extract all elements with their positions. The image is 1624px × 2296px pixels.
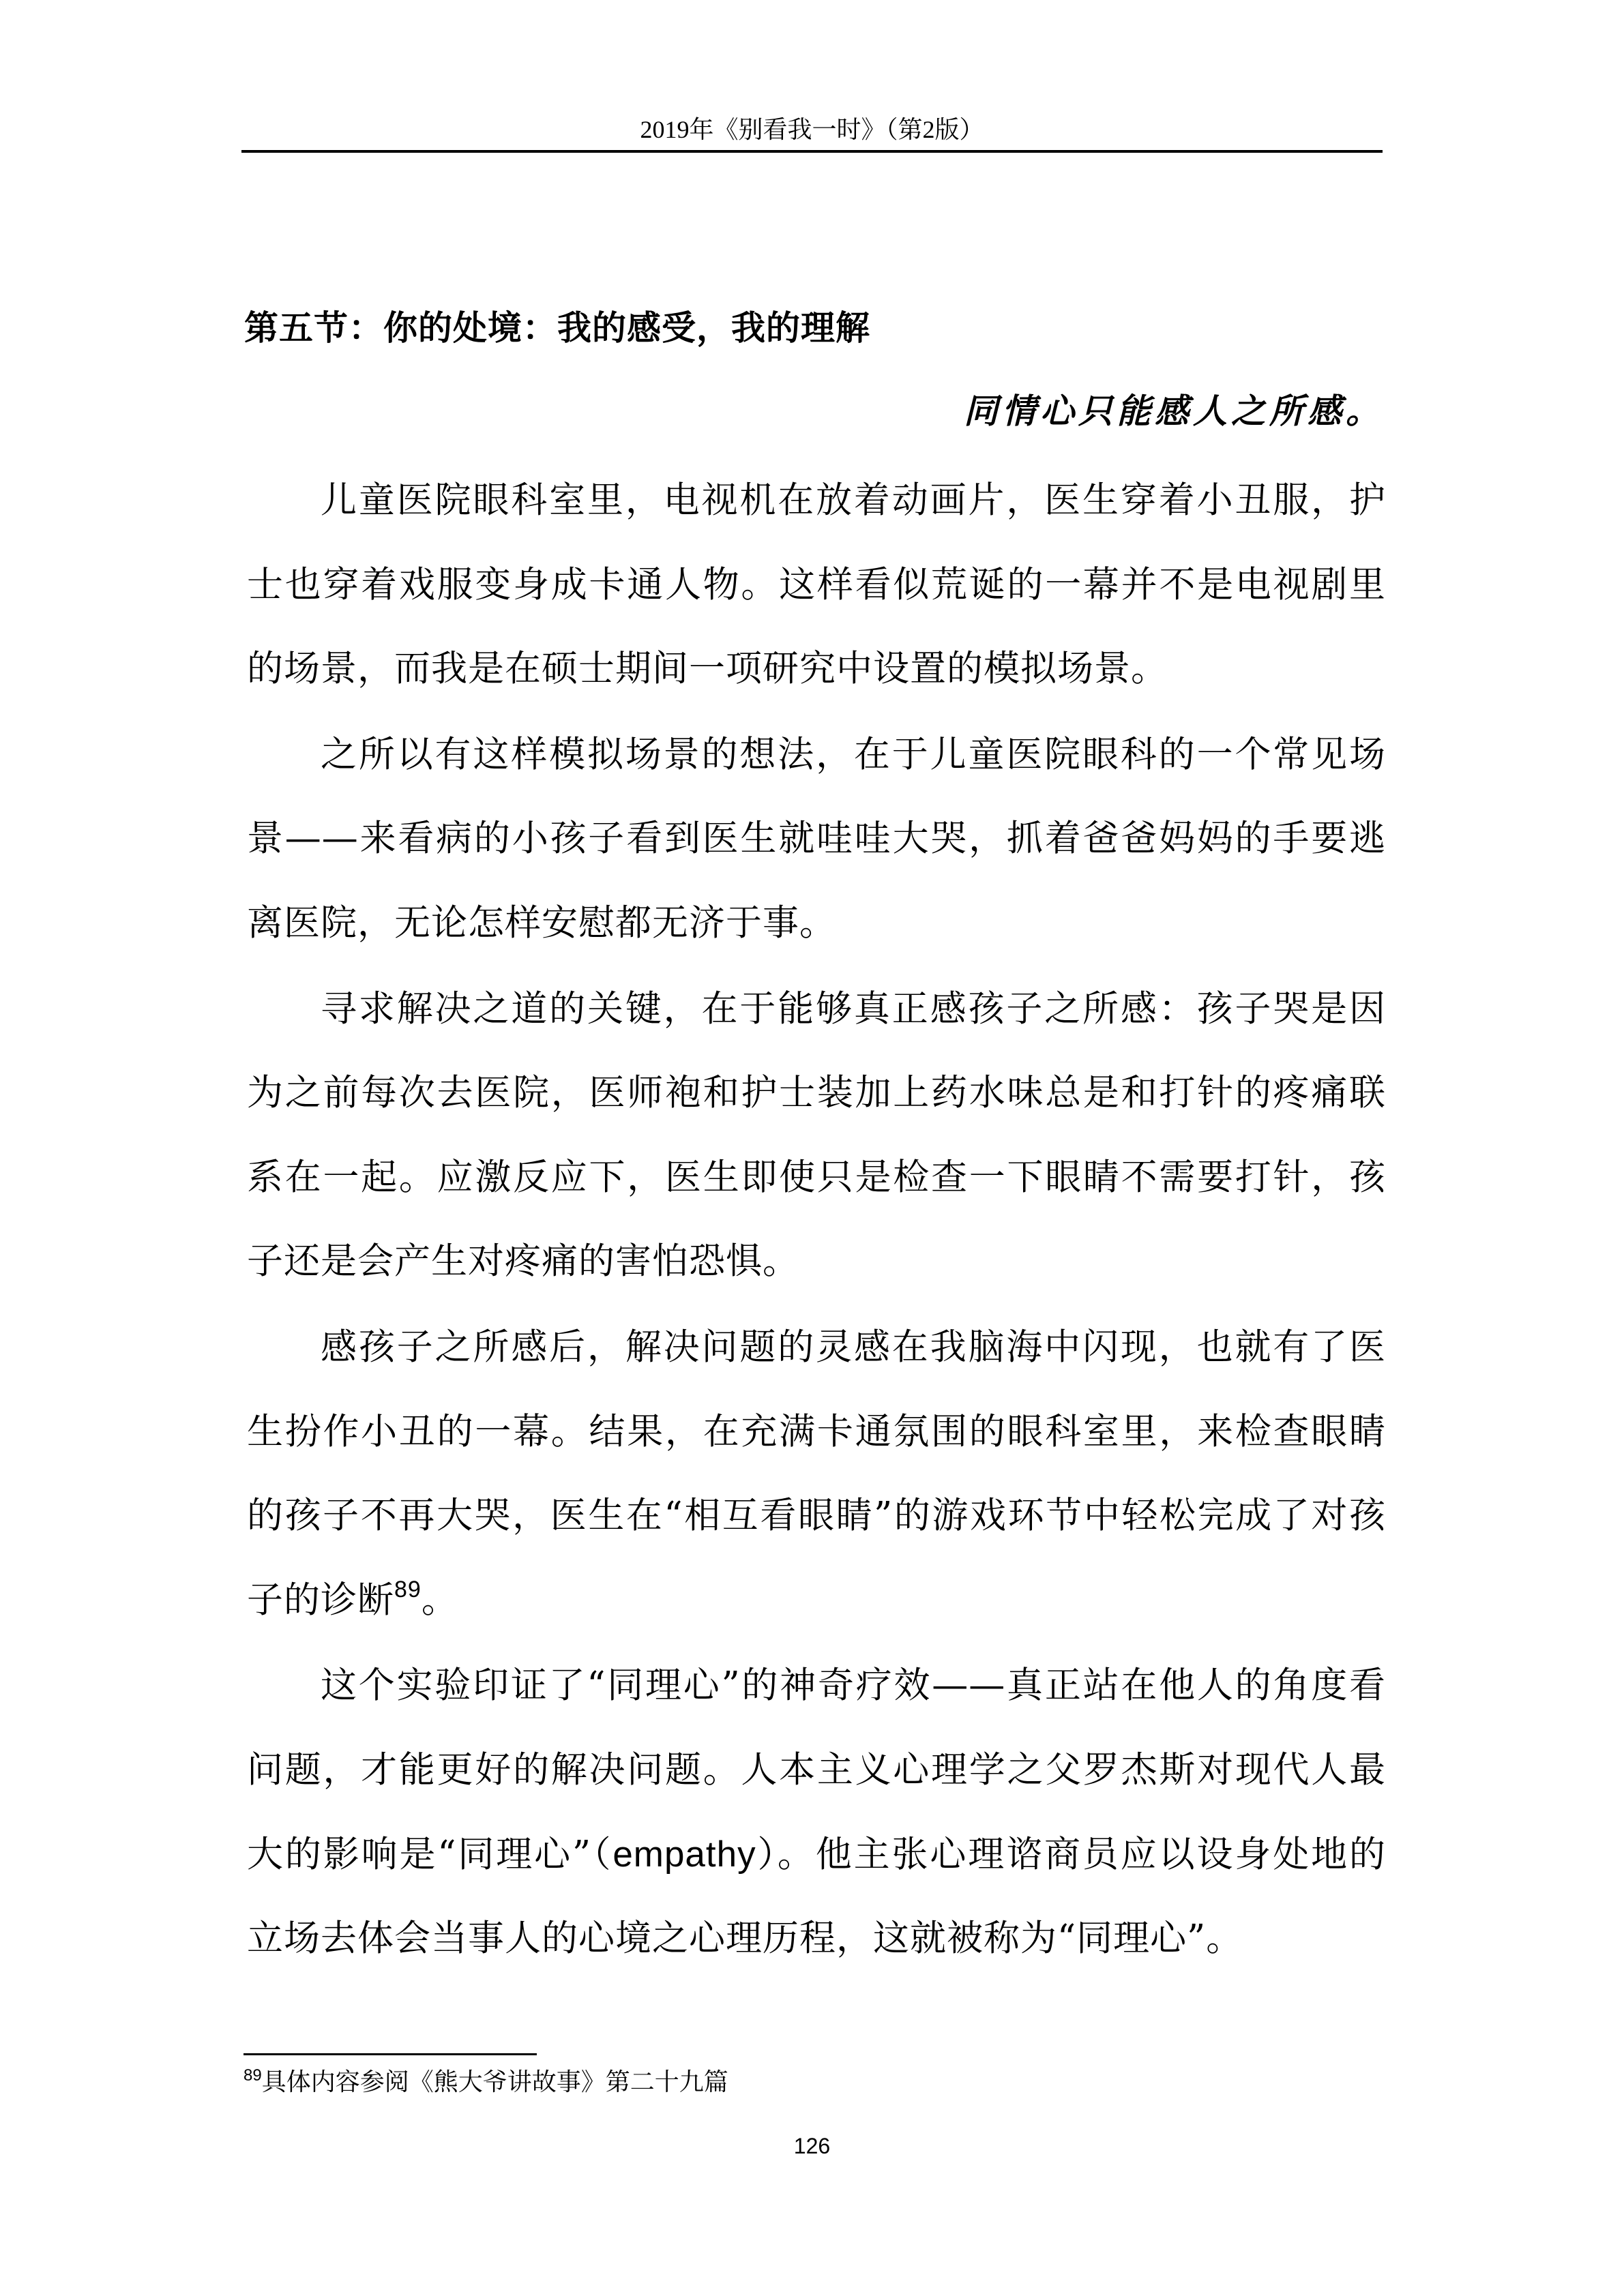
page-number: 126 (0, 2131, 1624, 2161)
footnote: 89具体内容参阅《熊大爷讲故事》第二十九篇 (243, 2066, 728, 2099)
paragraph-4-end: 。 (422, 1579, 458, 1621)
header-divider (241, 150, 1383, 153)
paragraph-2: 之所以有这样模拟场景的想法，在于儿童医院眼科的一个常见场景——来看病的小孩子看到… (247, 713, 1386, 966)
paragraph-5: 这个实验印证了“同理心”的神奇疗效——真正站在他人的角度看问题，才能更好的解决问… (247, 1643, 1386, 1980)
body-text: 儿童医院眼科室里，电视机在放着动画片，医生穿着小丑服，护士也穿着戏服变身成卡通人… (247, 458, 1386, 1982)
running-header: 2019年《别看我一时》（第2版） (0, 113, 1624, 147)
section-title: 第五节：你的处境：我的感受，我的理解 (244, 305, 870, 351)
footnote-reference[interactable]: 89 (394, 1577, 422, 1602)
latin-term: empathy (612, 1834, 756, 1875)
footnote-divider (243, 2053, 537, 2055)
paragraph-4: 感孩子之所感后，解决问题的灵感在我脑海中闪现，也就有了医生扮作小丑的一幕。结果，… (247, 1305, 1386, 1642)
footnote-text: 具体内容参阅《熊大爷讲故事》第二十九篇 (262, 2068, 728, 2096)
epigraph-quote: 同情心只能感人之所感。 (964, 389, 1384, 434)
footnote-number: 89 (243, 2066, 262, 2085)
paragraph-1: 儿童医院眼科室里，电视机在放着动画片，医生穿着小丑服，护士也穿着戏服变身成卡通人… (247, 458, 1386, 711)
paragraph-3: 寻求解决之道的关键，在于能够真正感孩子之所感：孩子哭是因为之前每次去医院，医师袍… (247, 967, 1386, 1304)
